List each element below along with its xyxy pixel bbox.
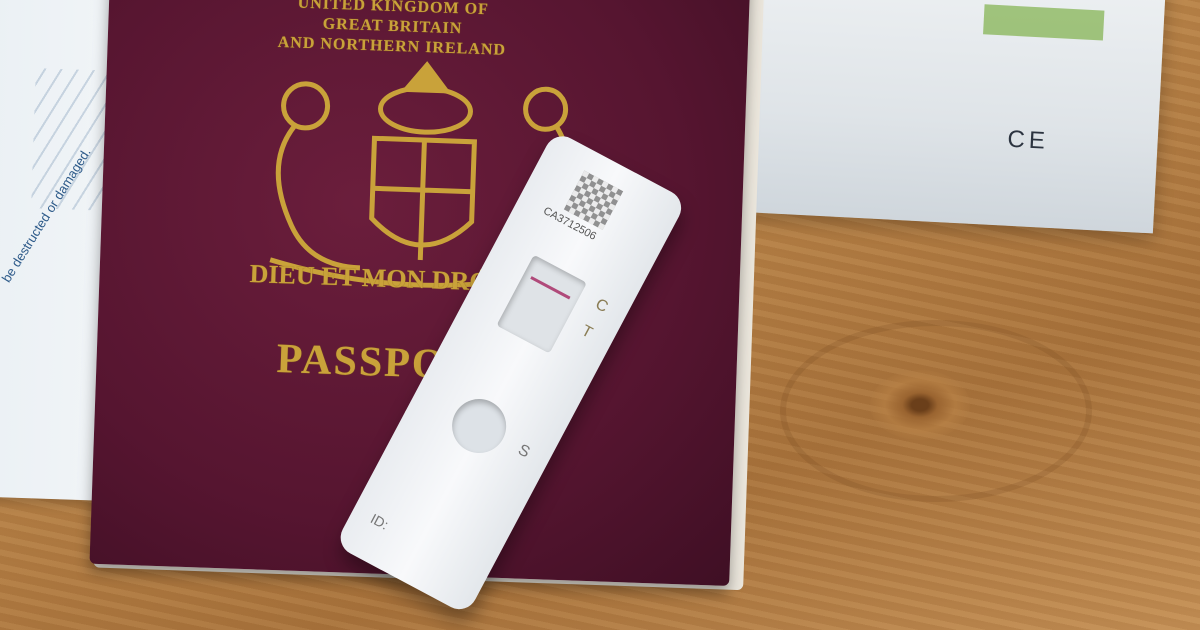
test-label: T xyxy=(578,322,595,342)
sachet-label-strip xyxy=(983,4,1104,40)
control-line xyxy=(530,276,570,299)
ce-mark: CE xyxy=(1007,126,1050,156)
wood-knot xyxy=(870,370,970,440)
id-label: ID: xyxy=(368,510,391,533)
result-window xyxy=(496,255,587,354)
sample-well xyxy=(443,390,516,463)
sample-label: S xyxy=(515,441,533,462)
control-label: C xyxy=(592,296,611,317)
